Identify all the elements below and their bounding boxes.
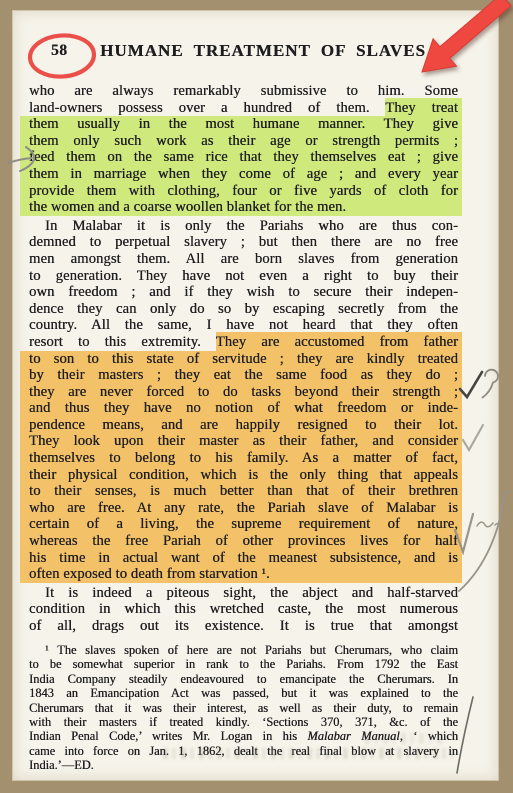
scan-frame: 58 HUMANE TREATMENT OF SLAVES who are al…	[0, 0, 513, 793]
text-segment: resort to this extremity.	[29, 334, 216, 350]
text-segment: themselves to belong to his family. As a…	[29, 450, 458, 466]
text-segment: ¹ The slaves spoken of here are not Pari…	[45, 643, 458, 657]
text-line: India Company steadily endeavoured to em…	[20, 672, 462, 686]
text-line: the women and a coarse woollen blanket f…	[20, 199, 462, 216]
text-segment: who are always remarkably submissive to …	[29, 83, 458, 99]
text-line: often exposed to death from starvation ¹…	[20, 566, 462, 583]
text-segment: they are never forced to do tasks beyond…	[29, 384, 458, 400]
text-line: with their masters if treated kindly. ‘S…	[20, 715, 462, 729]
red-arrow-annotation	[402, 0, 513, 80]
text-segment: country. All the same, I have not heard …	[29, 317, 458, 333]
text-segment: Indian Penal Code,’ writes Mr. Logan in …	[29, 729, 307, 743]
text-line: feed them on the same rice that they the…	[20, 149, 462, 166]
text-segment: his time in actual want of the meanest s…	[29, 550, 458, 566]
text-line: It is indeed a piteous sight, the abject…	[20, 585, 462, 602]
book-page: 58 HUMANE TREATMENT OF SLAVES who are al…	[12, 10, 499, 781]
text-line: Cherumars that it was their interest, as…	[20, 701, 462, 715]
text-line: themselves to belong to his family. As a…	[20, 450, 462, 467]
text-line: certain of a living, the supreme require…	[20, 516, 462, 533]
text-segment: with their masters if treated kindly. ‘S…	[29, 715, 458, 729]
text-line: In Malabar it is only the Pariahs who ar…	[20, 218, 462, 235]
text-segment: feed them on the same rice that they the…	[29, 149, 458, 165]
text-line: his time in actual want of the meanest s…	[20, 550, 462, 567]
light-checkmark-annotation	[459, 419, 489, 455]
bleed-through-text	[163, 748, 453, 759]
text-segment: men amongst them. All are born slaves fr…	[29, 251, 458, 267]
text-segment: pendence means, and are happily resigned…	[29, 417, 458, 433]
text-line: India.’—ED.	[20, 758, 462, 772]
text-segment: India.’—ED.	[29, 758, 94, 772]
text-segment: certain of a living, the supreme require…	[29, 516, 458, 532]
text-segment: them usually in the most humane manner. …	[29, 116, 458, 132]
text-line: to their senses, is much better than tha…	[20, 483, 462, 500]
text-line: to generation. They have not even a righ…	[20, 268, 462, 285]
text-segment: by their masters ; they eat the same foo…	[29, 367, 458, 383]
text-line: and thus they have no notion of what fre…	[20, 400, 462, 417]
text-segment: to be somewhat superior in rank to the P…	[29, 657, 458, 671]
text-line: pendence means, and are happily resigned…	[20, 417, 462, 434]
text-segment: and thus they have no notion of what fre…	[29, 400, 458, 416]
text-line: them in marriage when they come of age ;…	[20, 166, 462, 183]
paragraph: It is indeed a piteous sight, the abject…	[29, 585, 458, 635]
text-segment: condition in which this wretched caste, …	[29, 601, 458, 617]
text-segment: 1843 an Emancipation Act was passed, but…	[29, 686, 458, 700]
paragraph: who are always remarkably submissive to …	[29, 83, 458, 216]
text-segment: In Malabar it is only the Pariahs who ar…	[45, 218, 458, 234]
text-line: land-owners possess over a hundred of th…	[20, 100, 462, 117]
text-line: who are free. At any rate, the Pariah sl…	[20, 500, 462, 517]
text-line: demned to perpetual slavery ; but then t…	[20, 234, 462, 251]
paragraph: In Malabar it is only the Pariahs who ar…	[29, 218, 458, 583]
text-segment: to their senses, is much better than tha…	[29, 483, 458, 499]
text-line: resort to this extremity. They are accus…	[20, 334, 462, 351]
text-line: own freedom ; and if they wish to secure…	[20, 284, 462, 301]
text-line: their physical condition, which is the o…	[20, 467, 462, 484]
text-segment: own freedom ; and if they wish to secure…	[29, 284, 458, 300]
text-segment: to generation. They have not even a righ…	[29, 268, 458, 284]
text-line: of all, drags out its existence. It is t…	[20, 618, 462, 635]
text-segment: of all, drags out its existence. It is t…	[29, 618, 458, 634]
text-segment: them only such work as their age or stre…	[29, 133, 458, 149]
text-segment: demned to perpetual slavery ; but then t…	[29, 234, 458, 250]
text-segment: often exposed to death from starvation ¹…	[29, 566, 270, 582]
text-line: them usually in the most humane manner. …	[20, 116, 462, 133]
text-segment: India Company steadily endeavoured to em…	[29, 672, 458, 686]
highlighted-text: They treat	[385, 98, 458, 118]
page-number: 58	[51, 42, 68, 60]
text-line: by their masters ; they eat the same foo…	[20, 367, 462, 384]
text-line: ¹ The slaves spoken of here are not Pari…	[20, 643, 462, 657]
text-line: whereas the free Pariah of other provinc…	[20, 533, 462, 550]
text-segment: Cherumars that it was their interest, as…	[29, 701, 458, 715]
page-title: HUMANE TREATMENT OF SLAVES	[83, 41, 443, 61]
text-line: they are never forced to do tasks beyond…	[20, 384, 462, 401]
text-segment: whereas the free Pariah of other provinc…	[29, 533, 458, 549]
text-segment: They look upon their master as their fat…	[29, 433, 458, 449]
text-segment: provide them with clothing, four or five…	[29, 183, 458, 199]
text-segment: their physical condition, which is the o…	[29, 467, 458, 483]
text-line: condition in which this wretched caste, …	[20, 601, 462, 618]
bleed-through-text	[365, 733, 445, 744]
text-segment: to son to this state of servitude ; they…	[29, 351, 458, 367]
checkmark-spiral-annotation	[456, 361, 502, 411]
text-line: to be somewhat superior in rank to the P…	[20, 657, 462, 671]
text-segment: dence they can only do so by escaping se…	[29, 301, 458, 317]
body-text: who are always remarkably submissive to …	[29, 83, 458, 637]
text-line: They look upon their master as their fat…	[20, 433, 462, 450]
text-segment: land-owners possess over a hundred of th…	[29, 100, 385, 116]
text-segment: them in marriage when they come of age ;…	[29, 166, 458, 182]
text-line: them only such work as their age or stre…	[20, 133, 462, 150]
text-line: dence they can only do so by escaping se…	[20, 301, 462, 318]
text-line: to son to this state of servitude ; they…	[20, 351, 462, 368]
text-line: men amongst them. All are born slaves fr…	[20, 251, 462, 268]
text-line: 1843 an Emancipation Act was passed, but…	[20, 686, 462, 700]
highlighted-text: They are accustomed from father	[216, 332, 458, 352]
text-segment: the women and a coarse woollen blanket f…	[29, 199, 346, 215]
text-line: provide them with clothing, four or five…	[20, 183, 462, 200]
text-segment: It is indeed a piteous sight, the abject…	[45, 585, 458, 601]
text-segment: who are free. At any rate, the Pariah sl…	[29, 500, 458, 516]
